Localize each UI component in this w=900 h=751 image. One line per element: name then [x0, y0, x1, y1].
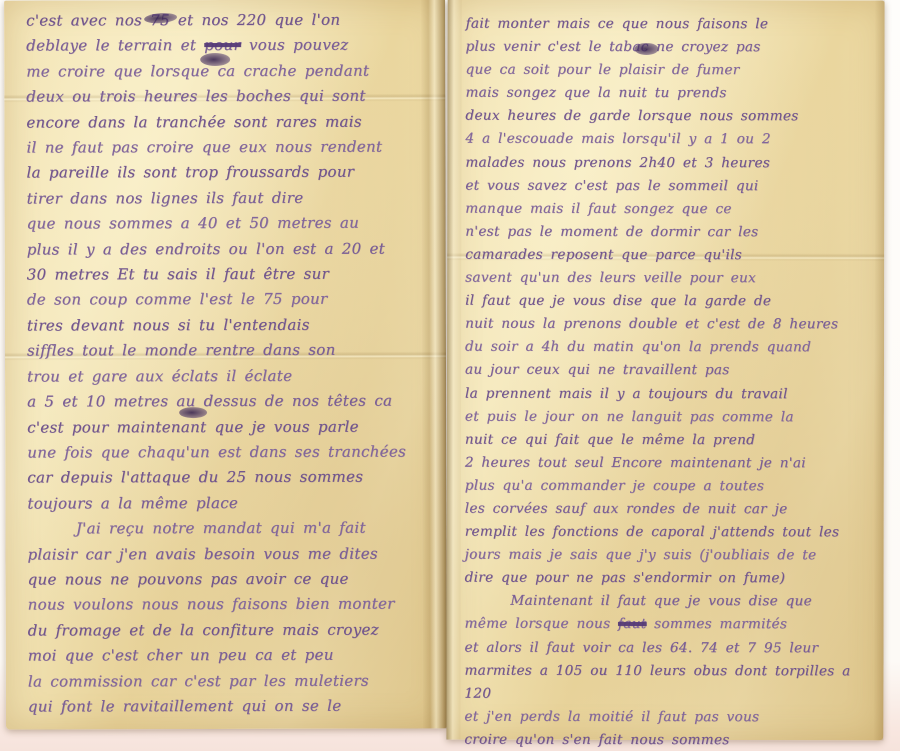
handwritten-line: même lorsque nous faut sommes marmités	[465, 613, 876, 637]
handwritten-line: une fois que chaqu'un est dans ses tranc…	[27, 439, 436, 465]
handwritten-line: dire que pour ne pas s'endormir on fume)	[465, 567, 876, 591]
handwritten-line: que nous sommes a 40 et 50 metres au	[27, 211, 436, 237]
handwritten-line: et vous savez c'est pas le sommeil qui	[465, 174, 876, 198]
handwritten-line: me croire que lorsque ca crache pendant	[26, 58, 435, 84]
handwritten-line: car depuis l'attaque du 25 nous sommes	[27, 465, 436, 491]
handwritten-line: 2 heures tout seul Encore maintenant je …	[465, 451, 876, 475]
handwriting-block-left: c'est avec nos 75 et nos 220 que l'ondeb…	[4, 0, 447, 720]
handwritten-line: remplit les fonctions de caporal j'atten…	[465, 521, 876, 545]
letter-page-left: c'est avec nos 75 et nos 220 que l'ondeb…	[4, 0, 447, 730]
handwritten-line: deblaye le terrain et pour vous pouvez	[26, 33, 435, 59]
handwritten-line: toujours a la même place	[27, 490, 436, 516]
handwritten-line: camarades reposent que parce qu'ils	[465, 244, 876, 268]
handwritten-line: J'ai reçu notre mandat qui m'a fait	[27, 516, 436, 542]
handwritten-line: qui font le ravitaillement qui on se le	[28, 693, 437, 719]
handwritten-line: manque mais il faut songez que ce	[465, 197, 876, 221]
handwritten-line: et puis le jour on ne languit pas comme …	[465, 405, 876, 429]
handwritten-line: malades nous prenons 2h40 et 3 heures	[465, 151, 876, 175]
handwritten-line: nuit nous la prenons double et c'est de …	[465, 313, 876, 337]
handwritten-line: du soir a 4h du matin qu'on la prends qu…	[465, 336, 876, 360]
handwritten-line: savent qu'un des leurs veille pour eux	[465, 267, 876, 291]
handwritten-line: la prennent mais il y a toujours du trav…	[465, 382, 876, 406]
handwritten-line: nuit ce qui fait que le même la prend	[465, 428, 876, 452]
handwritten-line: jours mais je sais que j'y suis (j'oubli…	[465, 544, 876, 568]
letter-scan: c'est avec nos 75 et nos 220 que l'ondeb…	[0, 0, 900, 751]
handwritten-line: et alors il faut voir ca les 64. 74 et 7…	[464, 636, 875, 660]
handwritten-line: il faut que je vous dise que la garde de	[465, 290, 876, 314]
handwritten-line: tires devant nous si tu l'entendais	[27, 312, 436, 338]
handwritten-line: plus il y a des endroits ou l'on est a 2…	[27, 236, 436, 262]
handwritten-line: de son coup comme l'est le 75 pour	[27, 287, 436, 313]
handwritten-line: que nous ne pouvons pas avoir ce que	[28, 566, 437, 592]
handwritten-line: croire qu'on s'en fait nous sommes	[464, 729, 875, 751]
handwritten-line: et j'en perds la moitié il faut pas vous	[464, 705, 875, 729]
handwritten-line: a 5 et 10 metres au dessus de nos têtes …	[27, 389, 436, 415]
handwritten-line: du fromage et de la confiture mais croye…	[28, 617, 437, 643]
handwritten-line: Maintenant il faut que je vous dise que	[465, 590, 876, 614]
handwriting-block-right: fait monter mais ce que nous faisons lep…	[446, 0, 884, 751]
handwritten-line: que ca soit pour le plaisir de fumer	[466, 59, 877, 83]
handwritten-line: 4 a l'escouade mais lorsqu'il y a 1 ou 2	[465, 128, 876, 152]
handwritten-line: la pareille ils sont trop froussards pou…	[26, 160, 435, 186]
handwritten-line: moi que c'est cher un peu ca et peu	[28, 643, 437, 669]
handwritten-line: plaisir car j'en avais besoin vous me di…	[27, 541, 436, 567]
handwritten-line: 30 metres Et tu sais il faut être sur	[27, 262, 436, 288]
handwritten-line: fait monter mais ce que nous faisons le	[466, 13, 877, 37]
handwritten-line: n'est pas le moment de dormir car les	[465, 220, 876, 244]
handwritten-line: tirer dans nos lignes ils faut dire	[27, 185, 436, 211]
handwritten-line: plus venir c'est le tabac ne croyez pas	[466, 36, 877, 60]
handwritten-line: trou et gare aux éclats il éclate	[27, 363, 436, 389]
handwritten-line: la commission car c'est par les muletier…	[28, 668, 437, 694]
handwritten-line: marmites a 105 ou 110 leurs obus dont to…	[464, 659, 875, 706]
handwritten-line: nous voulons nous nous faisons bien mont…	[28, 592, 437, 618]
handwritten-line: deux heures de garde lorsque nous sommes	[465, 105, 876, 129]
letter-page-right: fait monter mais ce que nous faisons lep…	[446, 0, 884, 740]
handwritten-line: c'est avec nos 75 et nos 220 que l'on	[26, 7, 435, 33]
handwritten-line: mais songez que la nuit tu prends	[465, 82, 876, 106]
handwritten-line: deux ou trois heures les boches qui sont	[26, 84, 435, 110]
handwritten-line: plus qu'a commander je coupe a toutes	[465, 475, 876, 499]
handwritten-line: au jour ceux qui ne travaillent pas	[465, 359, 876, 383]
handwritten-line: siffles tout le monde rentre dans son	[27, 338, 436, 364]
handwritten-line: il ne faut pas croire que eux nous rende…	[26, 134, 435, 160]
handwritten-line: les corvées sauf aux rondes de nuit car …	[465, 498, 876, 522]
handwritten-line: encore dans la tranchée sont rares mais	[26, 109, 435, 135]
handwritten-line: c'est pour maintenant que je vous parle	[27, 414, 436, 440]
